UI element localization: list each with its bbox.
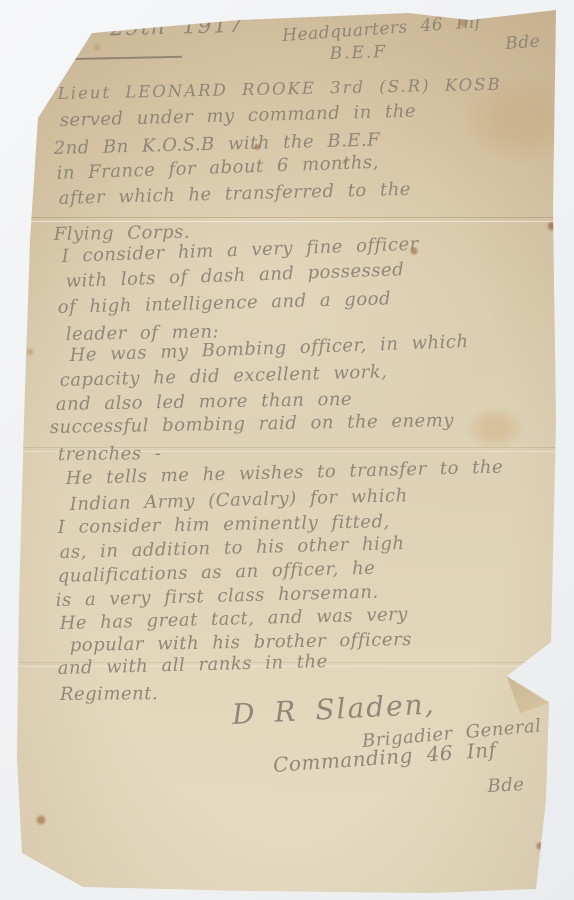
letter-line: Indian Army (Cavalry) for which [69,485,407,515]
signature-name: D R Sladen, [231,687,436,731]
letter-line: of high intelligence and a good [57,288,391,318]
signature-unit: Bde [487,774,525,797]
date-underline [74,56,182,60]
letter-line: successful bombing raid on the enemy [50,410,455,438]
header-bef: B.E.F [329,42,387,64]
fold-crease [18,217,558,222]
folded-corner [498,650,556,716]
scan-background: Aug 29th 1917 Headquarters 46 Inf Bde B.… [0,0,574,900]
letter-line: popular with his brother officers [70,629,412,656]
header-unit: Headquarters 46 Inf [282,12,483,46]
letter-date: Aug 29th 1917 [45,13,244,43]
header-unit-bde: Bde [505,32,541,54]
letter-line: trenches - [58,443,162,465]
letter-document: Aug 29th 1917 Headquarters 46 Inf Bde B.… [0,0,574,900]
letter-line: and also led more than one [56,389,353,415]
letter-line: served under my command in the [59,101,416,131]
letter-line: Regiment. [60,683,158,705]
letter-line: Lieut LEONARD ROOKE 3rd (S.R) KOSB [58,75,502,103]
letter-line: after which he transferred to the [58,179,411,209]
letter-line: capacity he did excellent work, [59,361,387,391]
